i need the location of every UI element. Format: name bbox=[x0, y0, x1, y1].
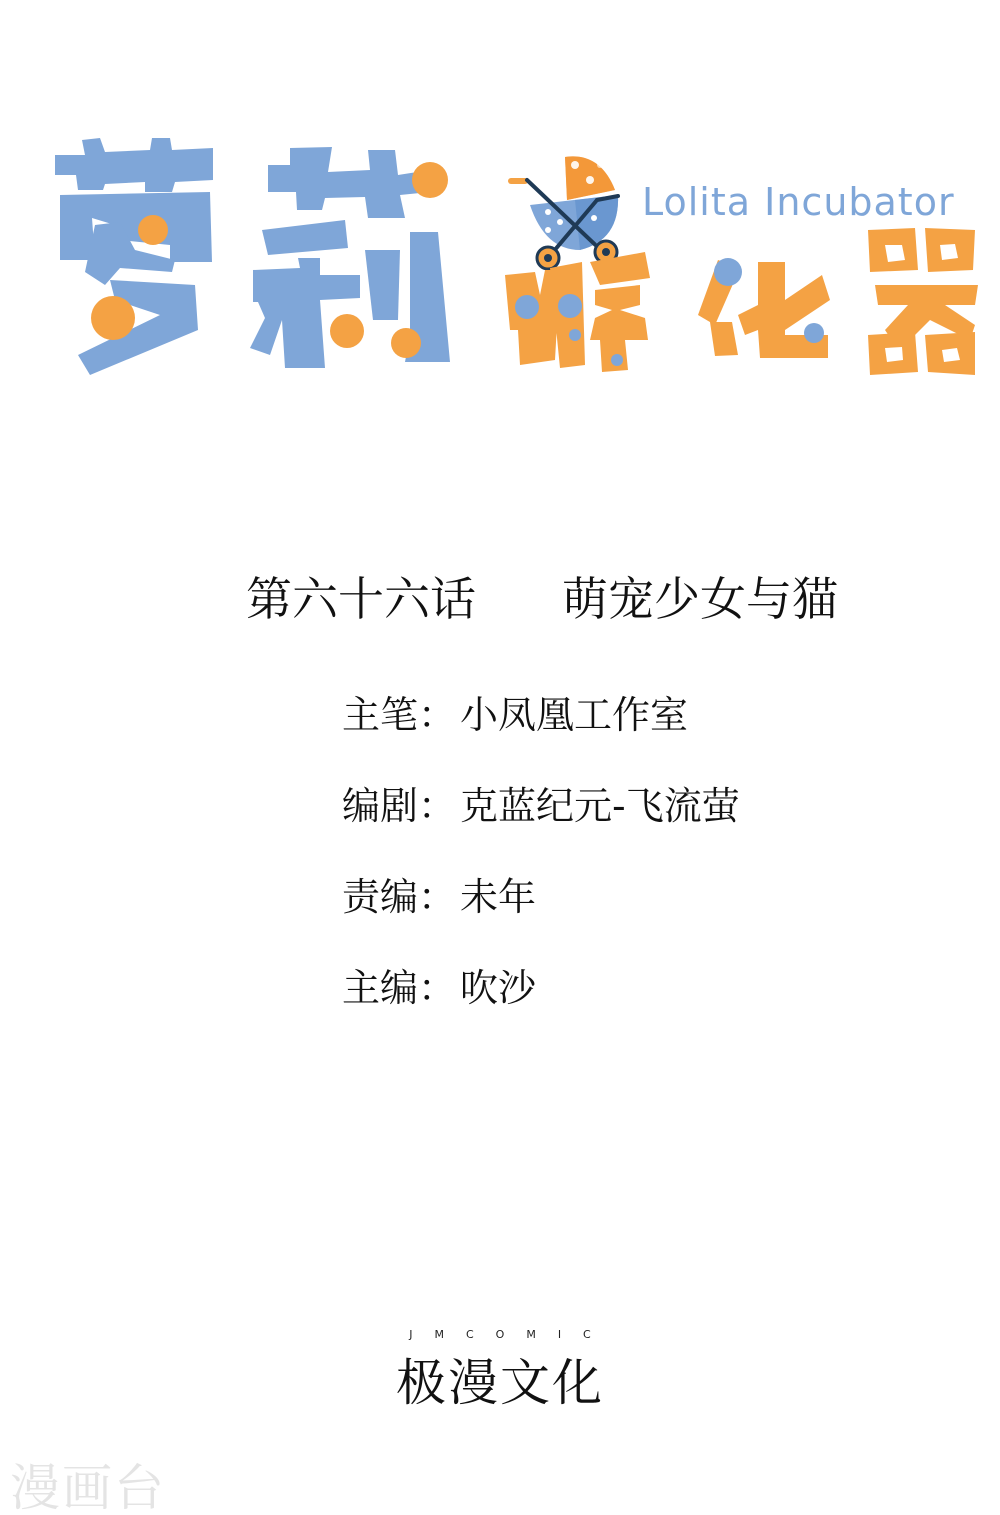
credit-row-chief-editor: 主编：吹沙 bbox=[342, 963, 740, 1054]
credit-role: 责编 bbox=[342, 872, 418, 922]
chapter-heading: 第六十六话萌宠少女与猫 bbox=[246, 563, 838, 629]
logo-subtitle-en: Lolita Incubator bbox=[642, 180, 955, 224]
credit-row-artist: 主笔：小凤凰工作室 bbox=[342, 690, 740, 781]
publisher-cjk: 极漫文化 bbox=[360, 1343, 640, 1415]
logo-char-qi bbox=[868, 228, 978, 375]
credit-name: 未年 bbox=[460, 875, 536, 919]
credit-name: 小凤凰工作室 bbox=[460, 693, 688, 737]
logo-char-luo bbox=[55, 138, 213, 375]
credit-role: 主编 bbox=[342, 963, 418, 1013]
credits-list: 主笔：小凤凰工作室 编剧：克蓝纪元-飞流萤 责编：未年 主编：吹沙 bbox=[342, 690, 740, 1054]
publisher-latin: JMCOMIC bbox=[360, 1328, 640, 1341]
credit-name: 克蓝纪元-飞流萤 bbox=[460, 784, 740, 828]
publisher-logo: JMCOMIC 极漫文化 bbox=[360, 1328, 640, 1415]
credit-role: 编剧 bbox=[342, 781, 418, 831]
site-watermark: 漫画台 bbox=[10, 1448, 166, 1515]
credit-separator: ： bbox=[418, 963, 460, 1013]
credit-row-editor: 责编：未年 bbox=[342, 872, 740, 963]
comic-logo: Lolita Incubator bbox=[0, 0, 1000, 420]
credit-separator: ： bbox=[418, 872, 460, 922]
credit-row-writer: 编剧：克蓝纪元-飞流萤 bbox=[342, 781, 740, 872]
credit-separator: ： bbox=[418, 690, 460, 740]
baby-stroller-icon bbox=[508, 156, 618, 269]
chapter-number: 第六十六话 bbox=[246, 563, 476, 629]
chapter-title: 萌宠少女与猫 bbox=[562, 563, 838, 629]
credit-role: 主笔 bbox=[342, 690, 418, 740]
credit-separator: ： bbox=[418, 781, 460, 831]
credit-name: 吹沙 bbox=[460, 966, 536, 1010]
